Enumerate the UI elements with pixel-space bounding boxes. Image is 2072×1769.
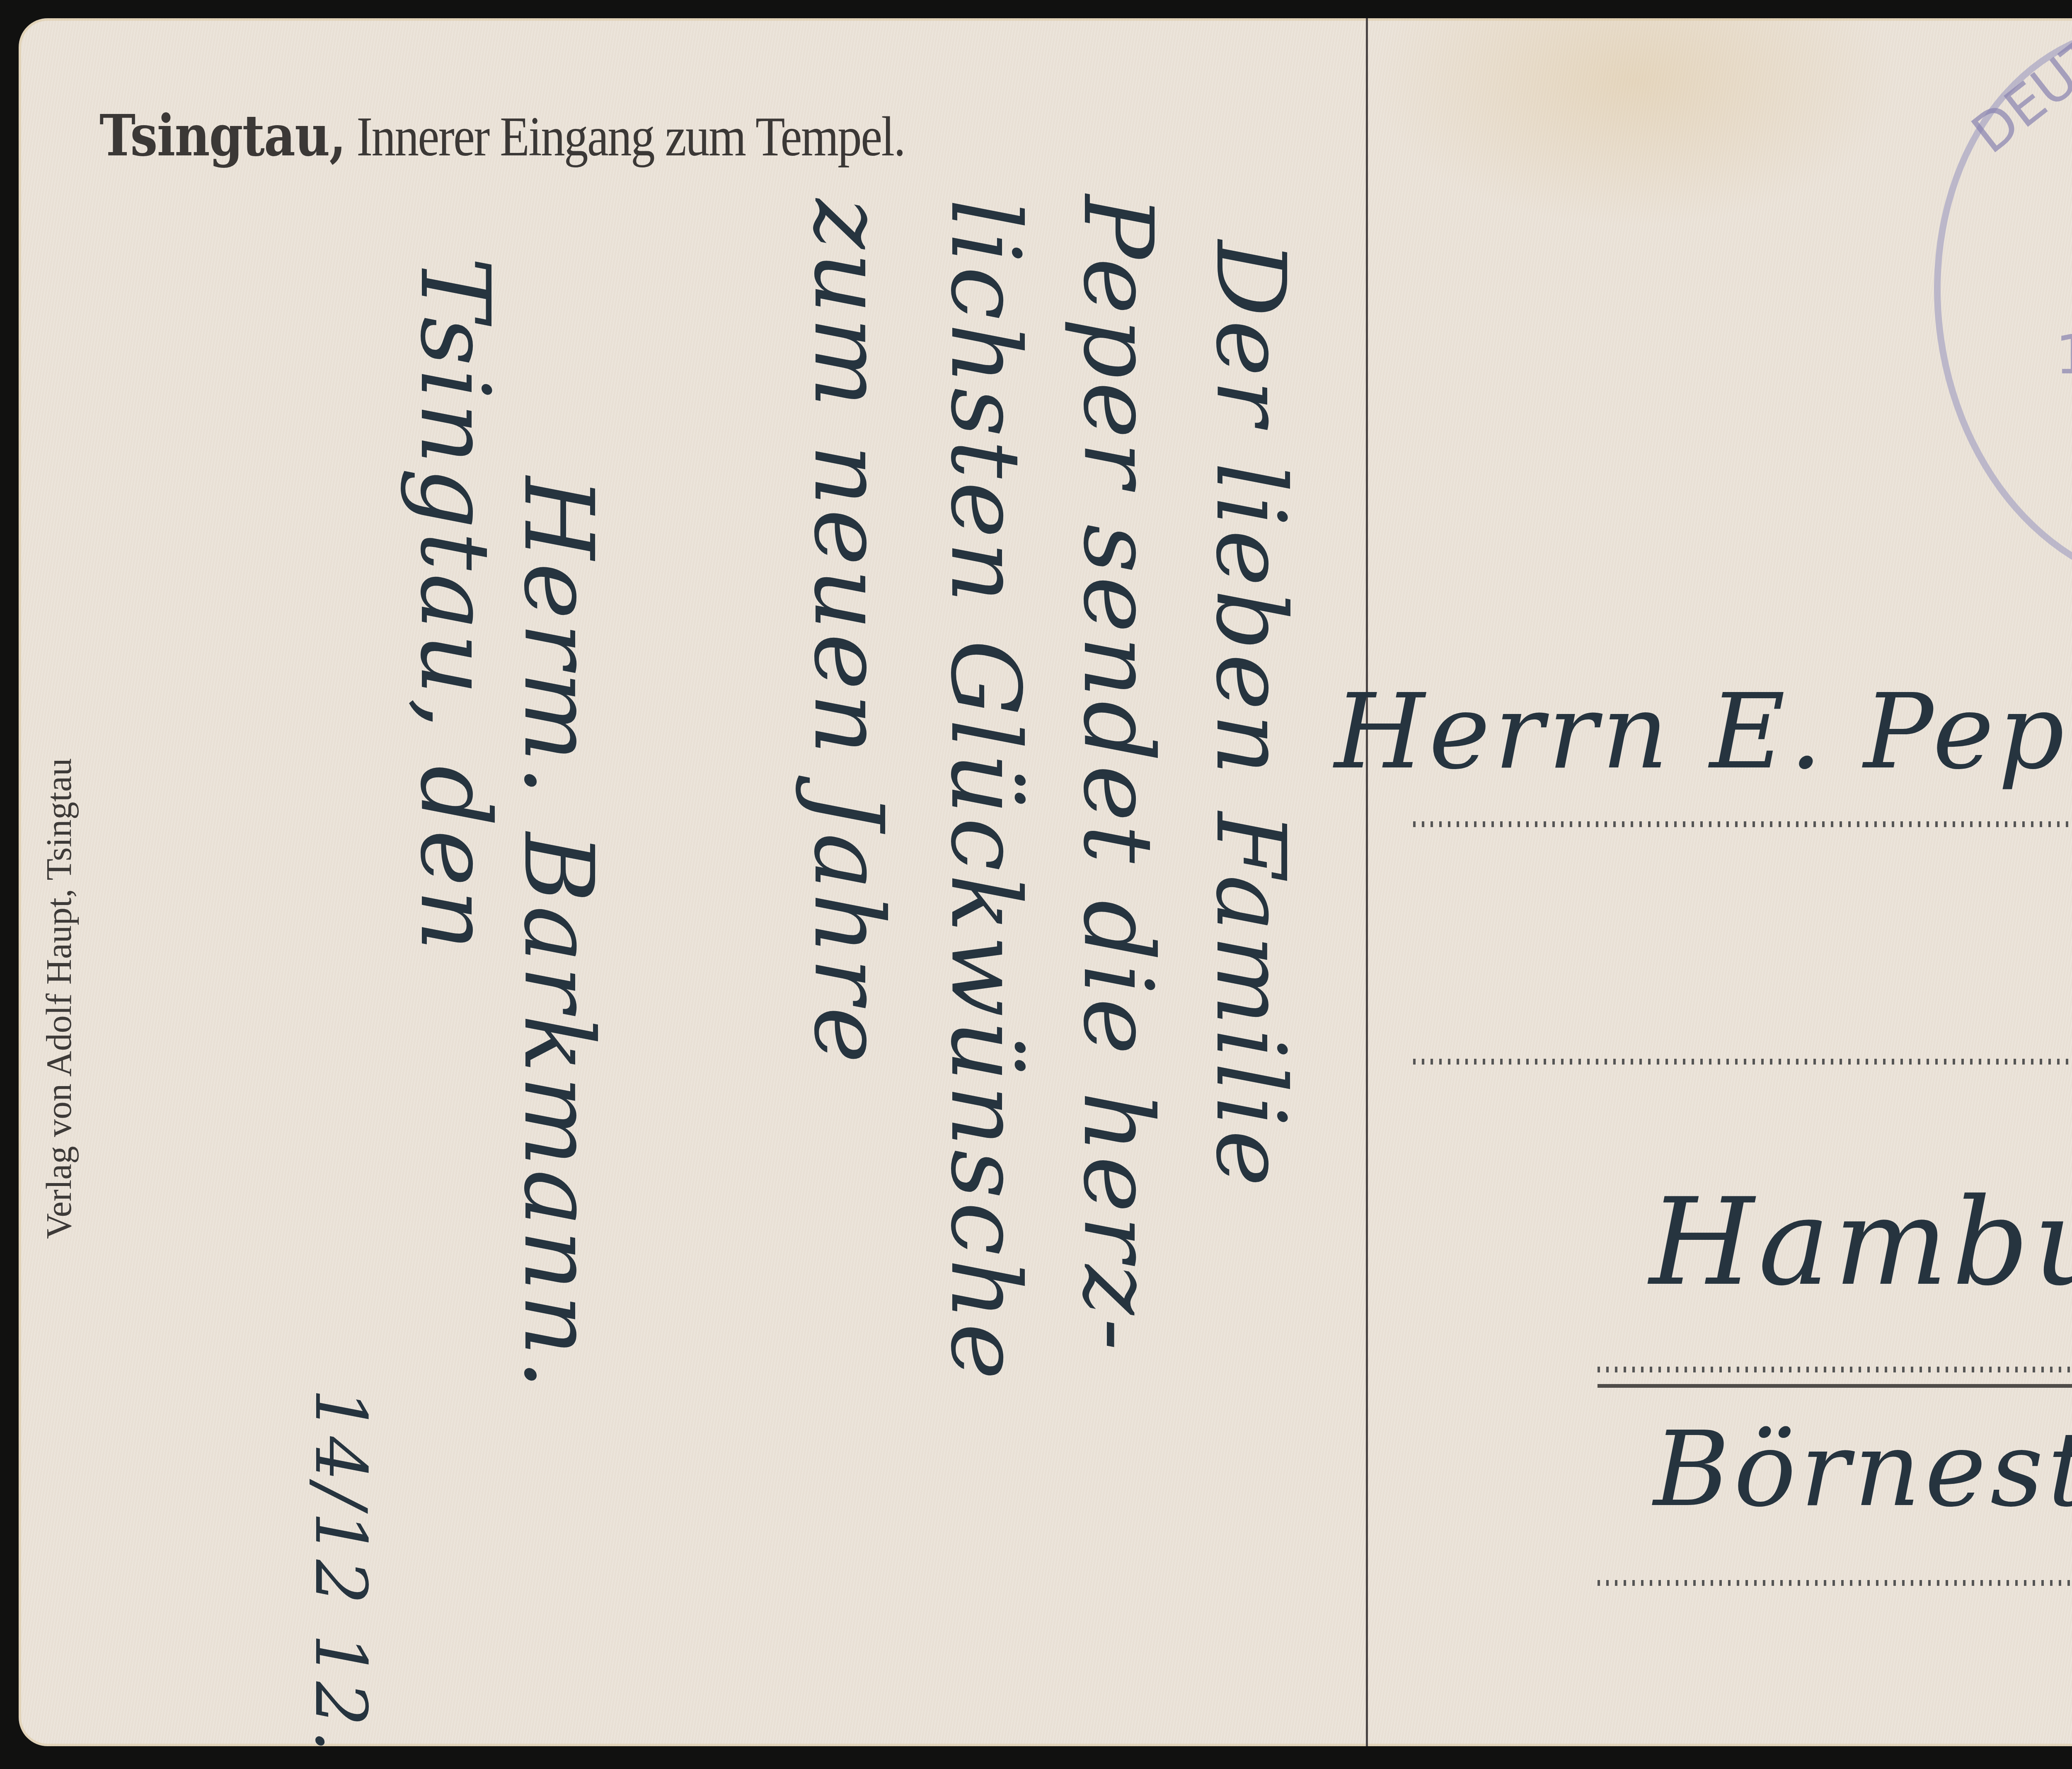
caption-description: Innerer Eingang zum Tempel.: [356, 106, 905, 168]
message-place-line: Tsingtau, den: [399, 257, 510, 954]
message-line: Der lieben Familie: [1195, 240, 1305, 1190]
address-underline: [1598, 1384, 2072, 1388]
address-recipient: Herrn E. Peper & Fam.: [1334, 671, 2072, 792]
front-caption: Tsingtau, Innerer Eingang zum Tempel.: [99, 103, 905, 169]
message-date: 14/12 12.: [299, 1388, 381, 1755]
caption-place: Tsingtau,: [99, 103, 345, 169]
message-line: Peper sendet die herz-: [1062, 195, 1173, 1354]
message-line: zum neuen Jahre: [793, 199, 903, 1067]
address-dotted-line: [1413, 1059, 2072, 1065]
address-street: Börnestrasse 16.: [1653, 1409, 2072, 1529]
address-dotted-line: [1598, 1367, 2072, 1372]
message-signature: Herm. Barkmann.: [503, 477, 613, 1393]
address-city: Hamburg 23.: [1649, 1173, 2072, 1312]
publisher-imprint: Verlag von Adolf Haupt, Tsingtau: [38, 758, 80, 1239]
center-divider-line: [1366, 18, 1368, 1746]
postmark-date: 15 12: [2055, 323, 2072, 386]
message-line: lichsten Glückwünsche: [929, 199, 1040, 1383]
address-dotted-line: [1413, 821, 2072, 827]
address-dotted-line: [1598, 1580, 2072, 1586]
